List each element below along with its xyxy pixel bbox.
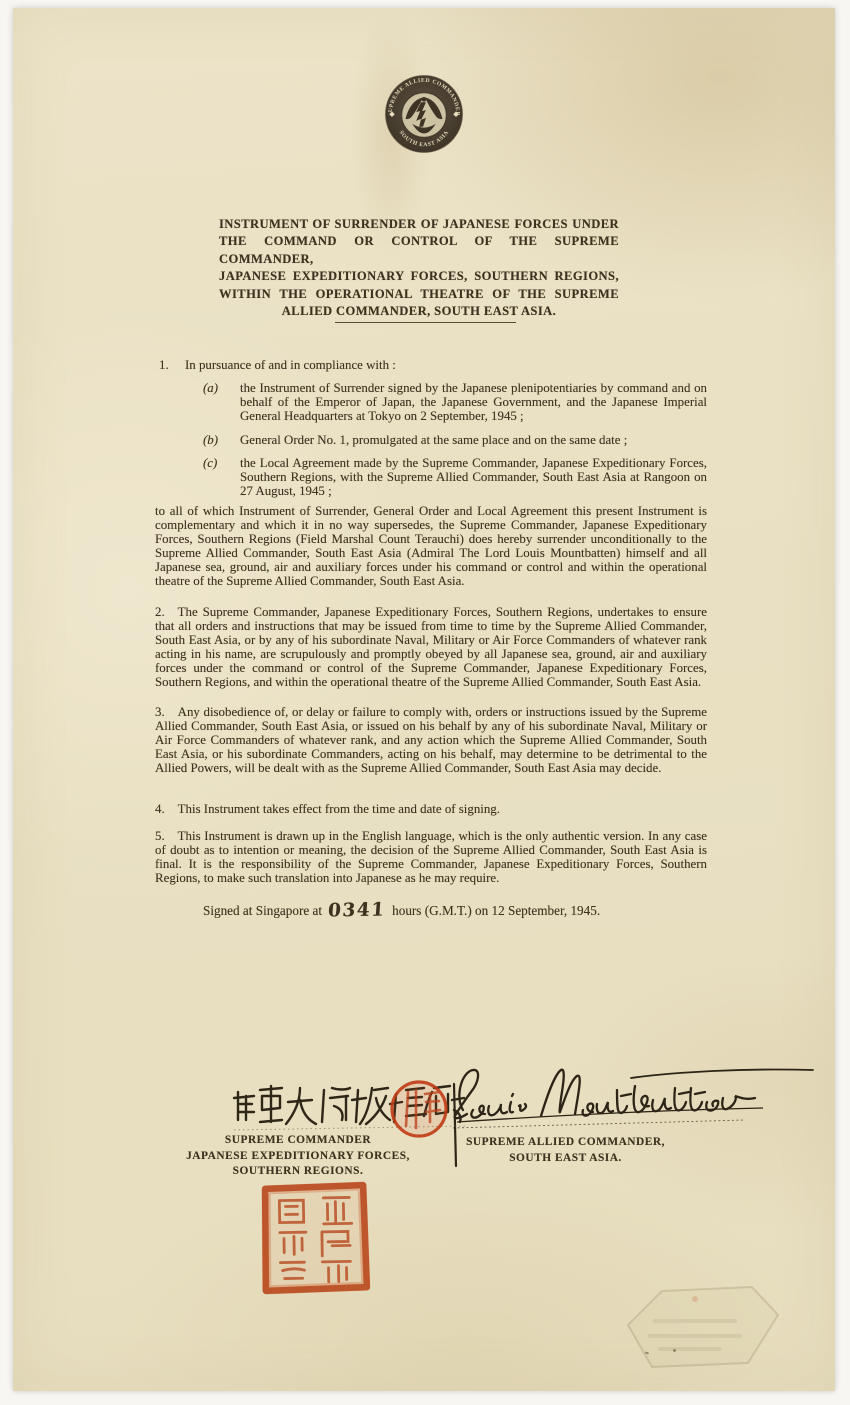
clause-1-continuation: to all of which Instrument of Surrender,… — [155, 504, 707, 588]
signed-suffix: hours (G.M.T.) on 12 September, 1945. — [392, 903, 600, 918]
item-label: (b) — [203, 433, 218, 447]
clause-1-item-a: (a) the Instrument of Surrender signed b… — [155, 381, 707, 423]
clause-3: 3.Any disobedience of, or delay or failu… — [155, 705, 707, 775]
title-line: WITHIN THE OPERATIONAL THEATRE OF THE SU… — [219, 286, 619, 303]
phoenix-emblem-icon: SUPREME ALLIED COMMANDER SOUTH EAST ASIA — [383, 73, 465, 155]
embossed-stamp-icon — [600, 1281, 790, 1373]
ink-speck — [673, 1349, 676, 1352]
caption-line: SOUTH EAST ASIA. — [443, 1151, 688, 1167]
signed-line: Signed at Singapore at 0341 hours (G.M.T… — [155, 903, 707, 918]
document-title: INSTRUMENT OF SURRENDER OF JAPANESE FORC… — [219, 216, 619, 320]
clause-1-item-b: (b) General Order No. 1, promulgated at … — [155, 433, 707, 447]
item-label: (a) — [203, 381, 218, 395]
caption-line: SUPREME COMMANDER — [143, 1133, 453, 1149]
body-text-column: 1. In pursuance of and in compliance wit… — [155, 358, 707, 918]
title-line: INSTRUMENT OF SURRENDER OF JAPANESE FORC… — [219, 216, 619, 233]
clause-1: 1. In pursuance of and in compliance wit… — [155, 358, 707, 372]
mountbatten-signature-handwriting — [445, 1060, 837, 1142]
title-divider-rule — [335, 322, 516, 323]
title-line: JAPANESE EXPEDITIONARY FORCES, SOUTHERN … — [219, 268, 619, 285]
signature-underline — [457, 1108, 763, 1122]
clause-text: The Supreme Commander, Japanese Expediti… — [155, 605, 707, 689]
square-seal-icon — [258, 1180, 374, 1298]
allied-signatory-caption: SUPREME ALLIED COMMANDER, SOUTH EAST ASI… — [443, 1135, 688, 1166]
clause-number: 5. — [155, 829, 165, 843]
clause-number: 3. — [155, 705, 165, 719]
signature-dotted-underline — [453, 1120, 745, 1128]
item-text: the Instrument of Surrender signed by th… — [240, 381, 707, 423]
caption-line: SUPREME ALLIED COMMANDER, — [443, 1135, 688, 1151]
clause-4: 4.This Instrument takes effect from the … — [155, 802, 707, 816]
clause-5: 5.This Instrument is drawn up in the Eng… — [155, 829, 707, 885]
clause-number: 1. — [159, 358, 169, 372]
document-page: SUPREME ALLIED COMMANDER SOUTH EAST ASIA… — [13, 8, 835, 1391]
round-hanko-seal-icon — [392, 1082, 446, 1136]
title-line: THE COMMAND OR CONTROL OF THE SUPREME CO… — [219, 233, 619, 268]
clause-text: Any disobedience of, or delay or failure… — [155, 705, 707, 775]
signed-prefix: Signed at Singapore at — [203, 903, 322, 918]
title-line: ALLIED COMMANDER, SOUTH EAST ASIA. — [219, 303, 619, 320]
clause-number: 2. — [155, 605, 165, 619]
handwritten-time: 0341 — [325, 903, 390, 918]
item-text: the Local Agreement made by the Supreme … — [240, 456, 707, 498]
caption-line: JAPANESE EXPEDITIONARY FORCES, — [143, 1149, 453, 1165]
clause-text: This Instrument is drawn up in the Engli… — [155, 829, 707, 885]
item-label: (c) — [203, 456, 217, 470]
photo-background: { "document": { "emblem": { "top_text": … — [0, 0, 850, 1405]
clause-text: In pursuance of and in compliance with : — [185, 358, 396, 372]
japanese-signatory-caption: SUPREME COMMANDER JAPANESE EXPEDITIONARY… — [143, 1133, 453, 1180]
clause-2: 2.The Supreme Commander, Japanese Expedi… — [155, 605, 707, 689]
caption-line: SOUTHERN REGIONS. — [143, 1164, 453, 1180]
clause-number: 4. — [155, 802, 165, 816]
clause-1-item-c: (c) the Local Agreement made by the Supr… — [155, 456, 707, 498]
item-text: General Order No. 1, promulgated at the … — [240, 433, 627, 447]
clause-text: This Instrument takes effect from the ti… — [178, 802, 500, 816]
